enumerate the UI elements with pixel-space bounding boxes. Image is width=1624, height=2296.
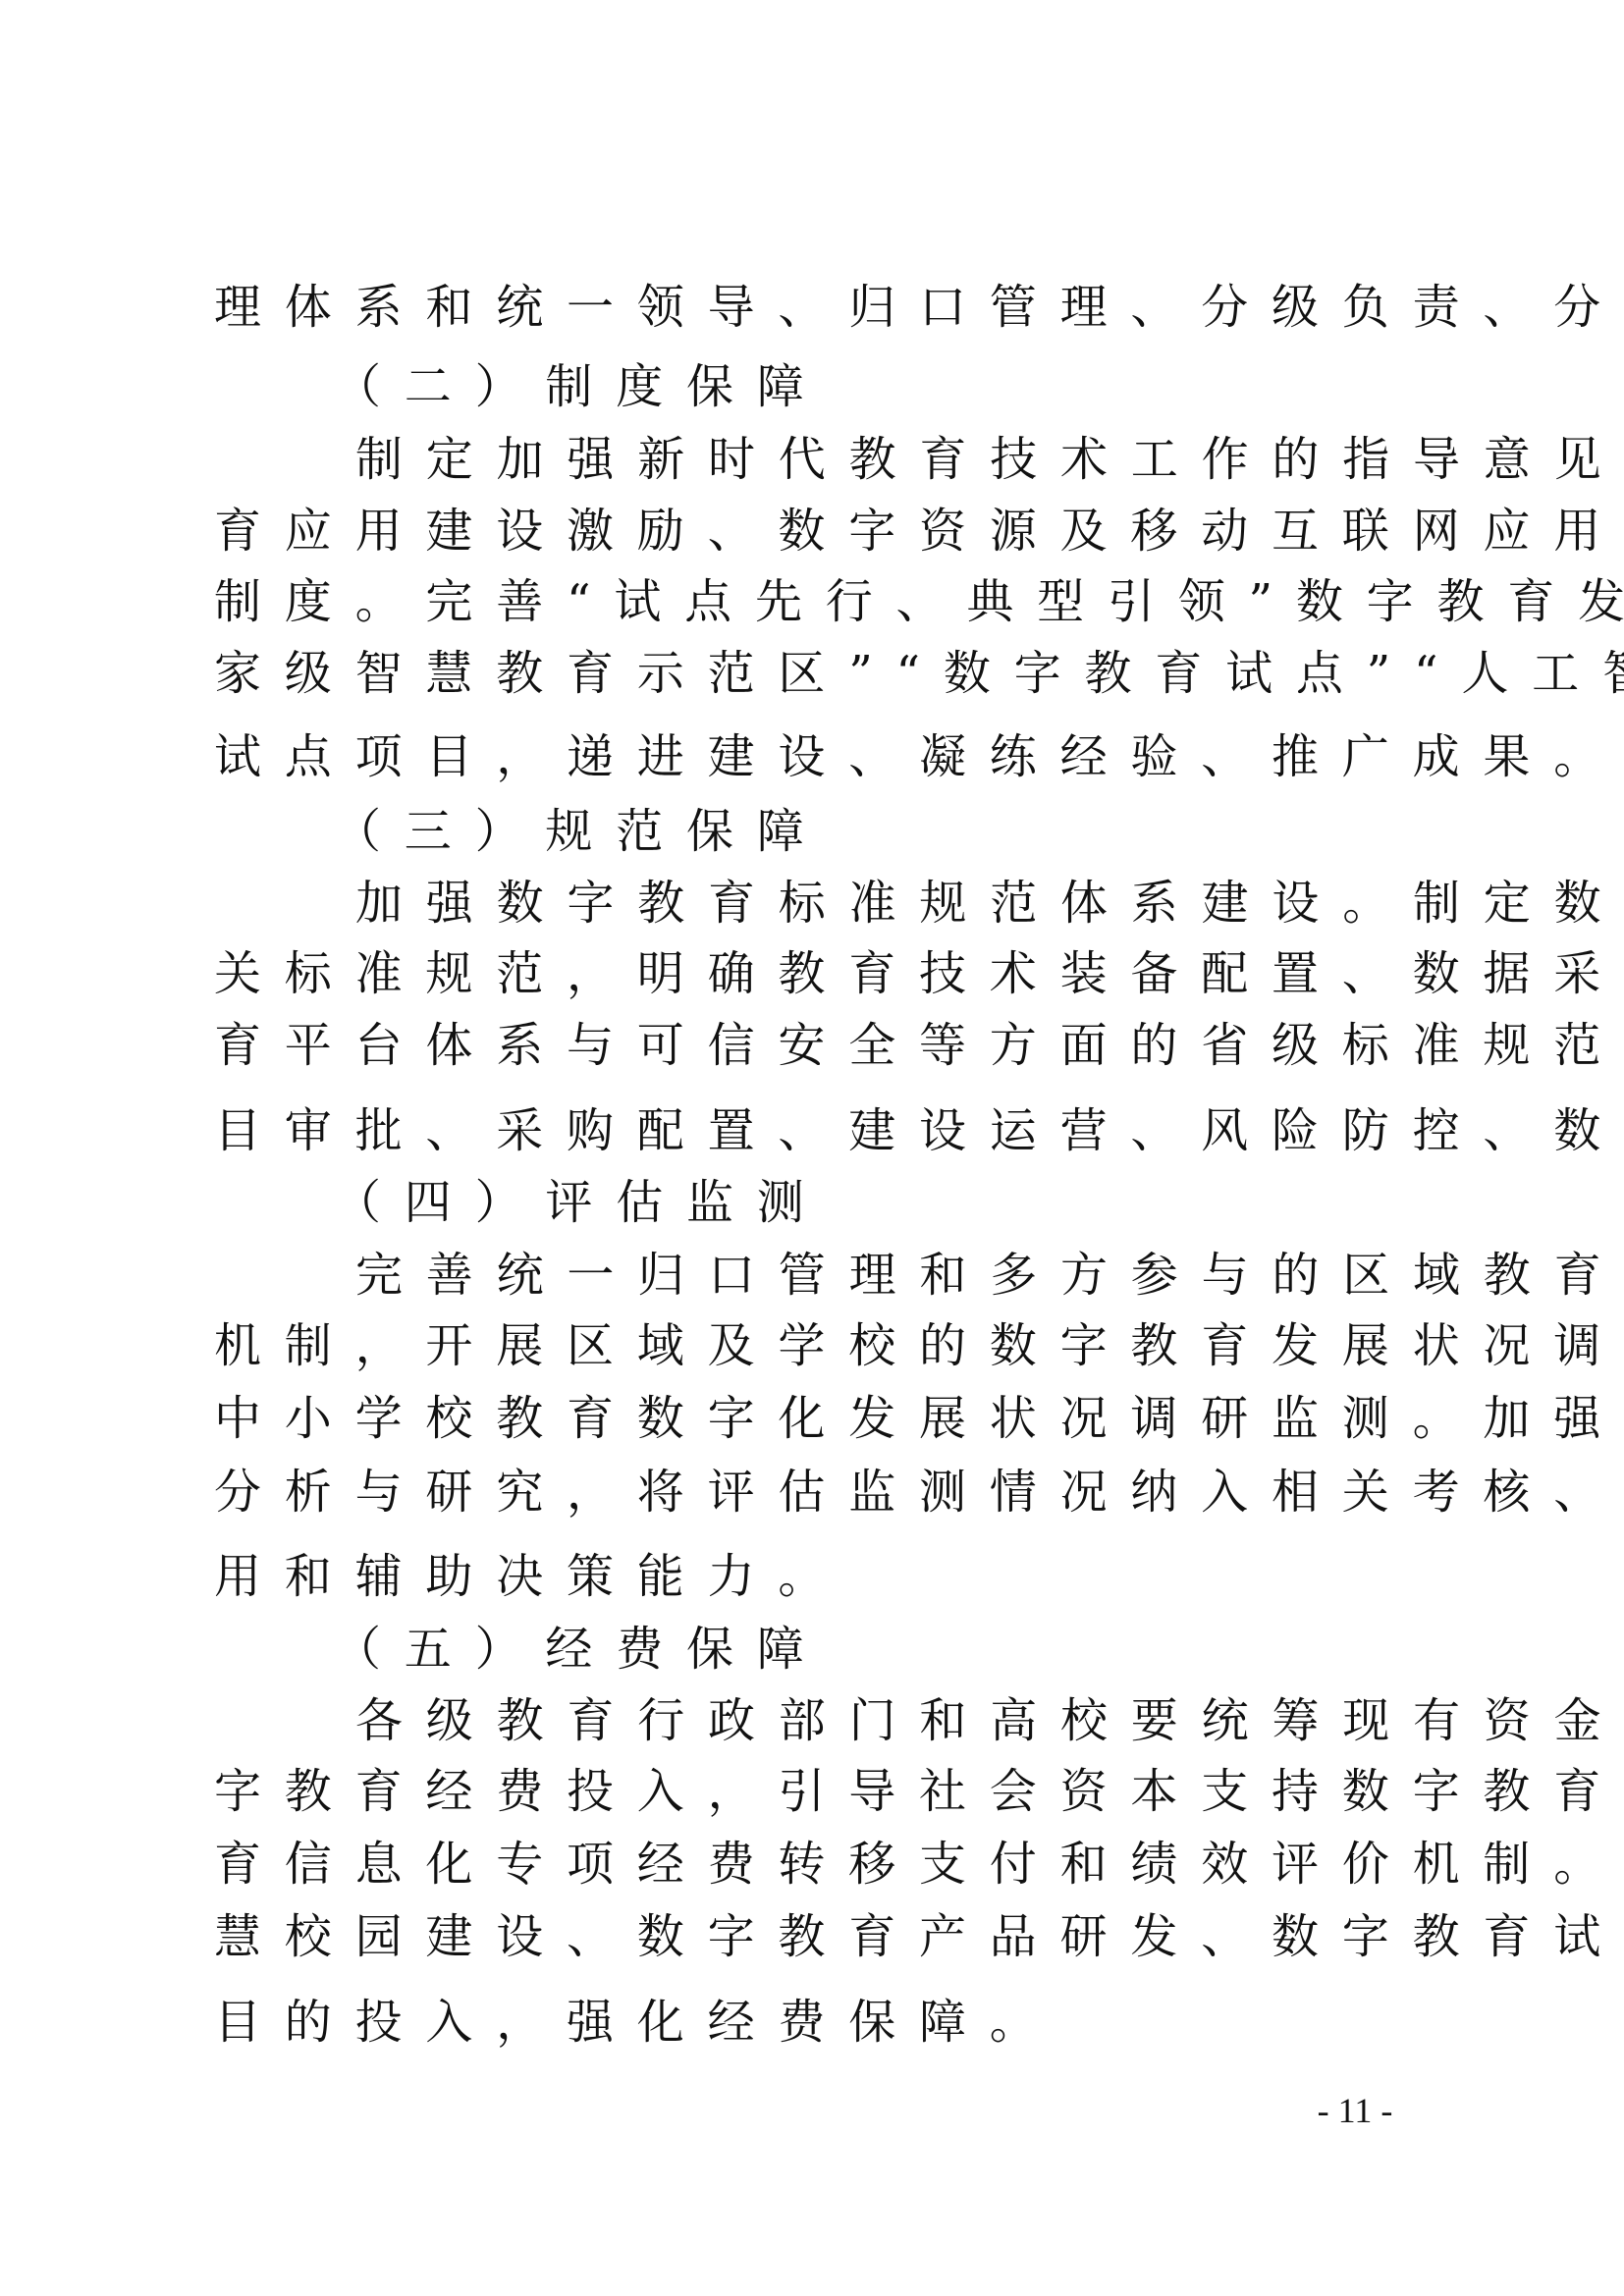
- paragraph-line: 目的投入，强化经费保障。: [214, 1987, 1432, 2057]
- paragraph-line: 加强数字教育标准规范体系建设。制定数字教育新基建的相: [355, 868, 1573, 938]
- section-heading: （二）制度保障: [334, 351, 1551, 422]
- paragraph-line: 分析与研究，将评估监测情况纳入相关考核、督导体系，提升应: [214, 1457, 1432, 1527]
- paragraph-line: 育应用建设激励、数字资源及移动互联网应用程序进校园审核等: [214, 496, 1432, 566]
- paragraph-line: 慧校园建设、数字教育产品研发、数字教育试点、网络安全等项: [214, 1901, 1432, 1972]
- paragraph-line: 试点项目，递进建设、凝练经验、推广成果。: [214, 721, 1432, 792]
- paragraph-line: 中小学校教育数字化发展状况调研监测。加强对评估监测数据的: [214, 1383, 1432, 1454]
- paragraph-line: 关标准规范，明确教育技术装备配置、数据采集与治理、数字教: [214, 938, 1432, 1009]
- page-number: - 11 -: [1286, 2089, 1424, 2132]
- document-page: 理体系和统一领导、归口管理、分级负责、分层实施的机制。（二）制度保障制定加强新时…: [0, 0, 1624, 2296]
- paragraph-line: 理体系和统一领导、归口管理、分级负责、分层实施的机制。: [214, 272, 1432, 343]
- paragraph-line: 用和辅助决策能力。: [214, 1541, 1432, 1612]
- paragraph-line: 字教育经费投入，引导社会资本支持数字教育发展。推动完善教: [214, 1756, 1432, 1827]
- paragraph-line: 目审批、采购配置、建设运营、风险防控、数据管理等流程规范。: [214, 1095, 1432, 1166]
- paragraph-line: 家级智慧教育示范区”“数字教育试点”“人工智能+教育”等: [214, 638, 1432, 709]
- paragraph-line: 机制，开展区域及学校的数字教育发展状况调研，支持各地探索: [214, 1310, 1432, 1381]
- section-heading: （四）评估监测: [334, 1167, 1551, 1238]
- paragraph-line: 育平台体系与可信安全等方面的省级标准规范，强化数字教育项: [214, 1010, 1432, 1081]
- paragraph-line: 制定加强新时代教育技术工作的指导意见，研究建立数字教: [355, 424, 1573, 495]
- paragraph-line: 制度。完善“试点先行、典型引领”数字教育发展机制，统筹“国: [214, 566, 1432, 637]
- paragraph-line: 各级教育行政部门和高校要统筹现有资金渠道，切实保障数: [355, 1685, 1573, 1756]
- paragraph-line: 育信息化专项经费转移支付和绩效评价机制。鼓励高校加大对智: [214, 1829, 1432, 1899]
- paragraph-line: 完善统一归口管理和多方参与的区域教育数字化评估监测: [355, 1240, 1573, 1310]
- section-heading: （五）经费保障: [334, 1614, 1551, 1684]
- section-heading: （三）规范保障: [334, 796, 1551, 867]
